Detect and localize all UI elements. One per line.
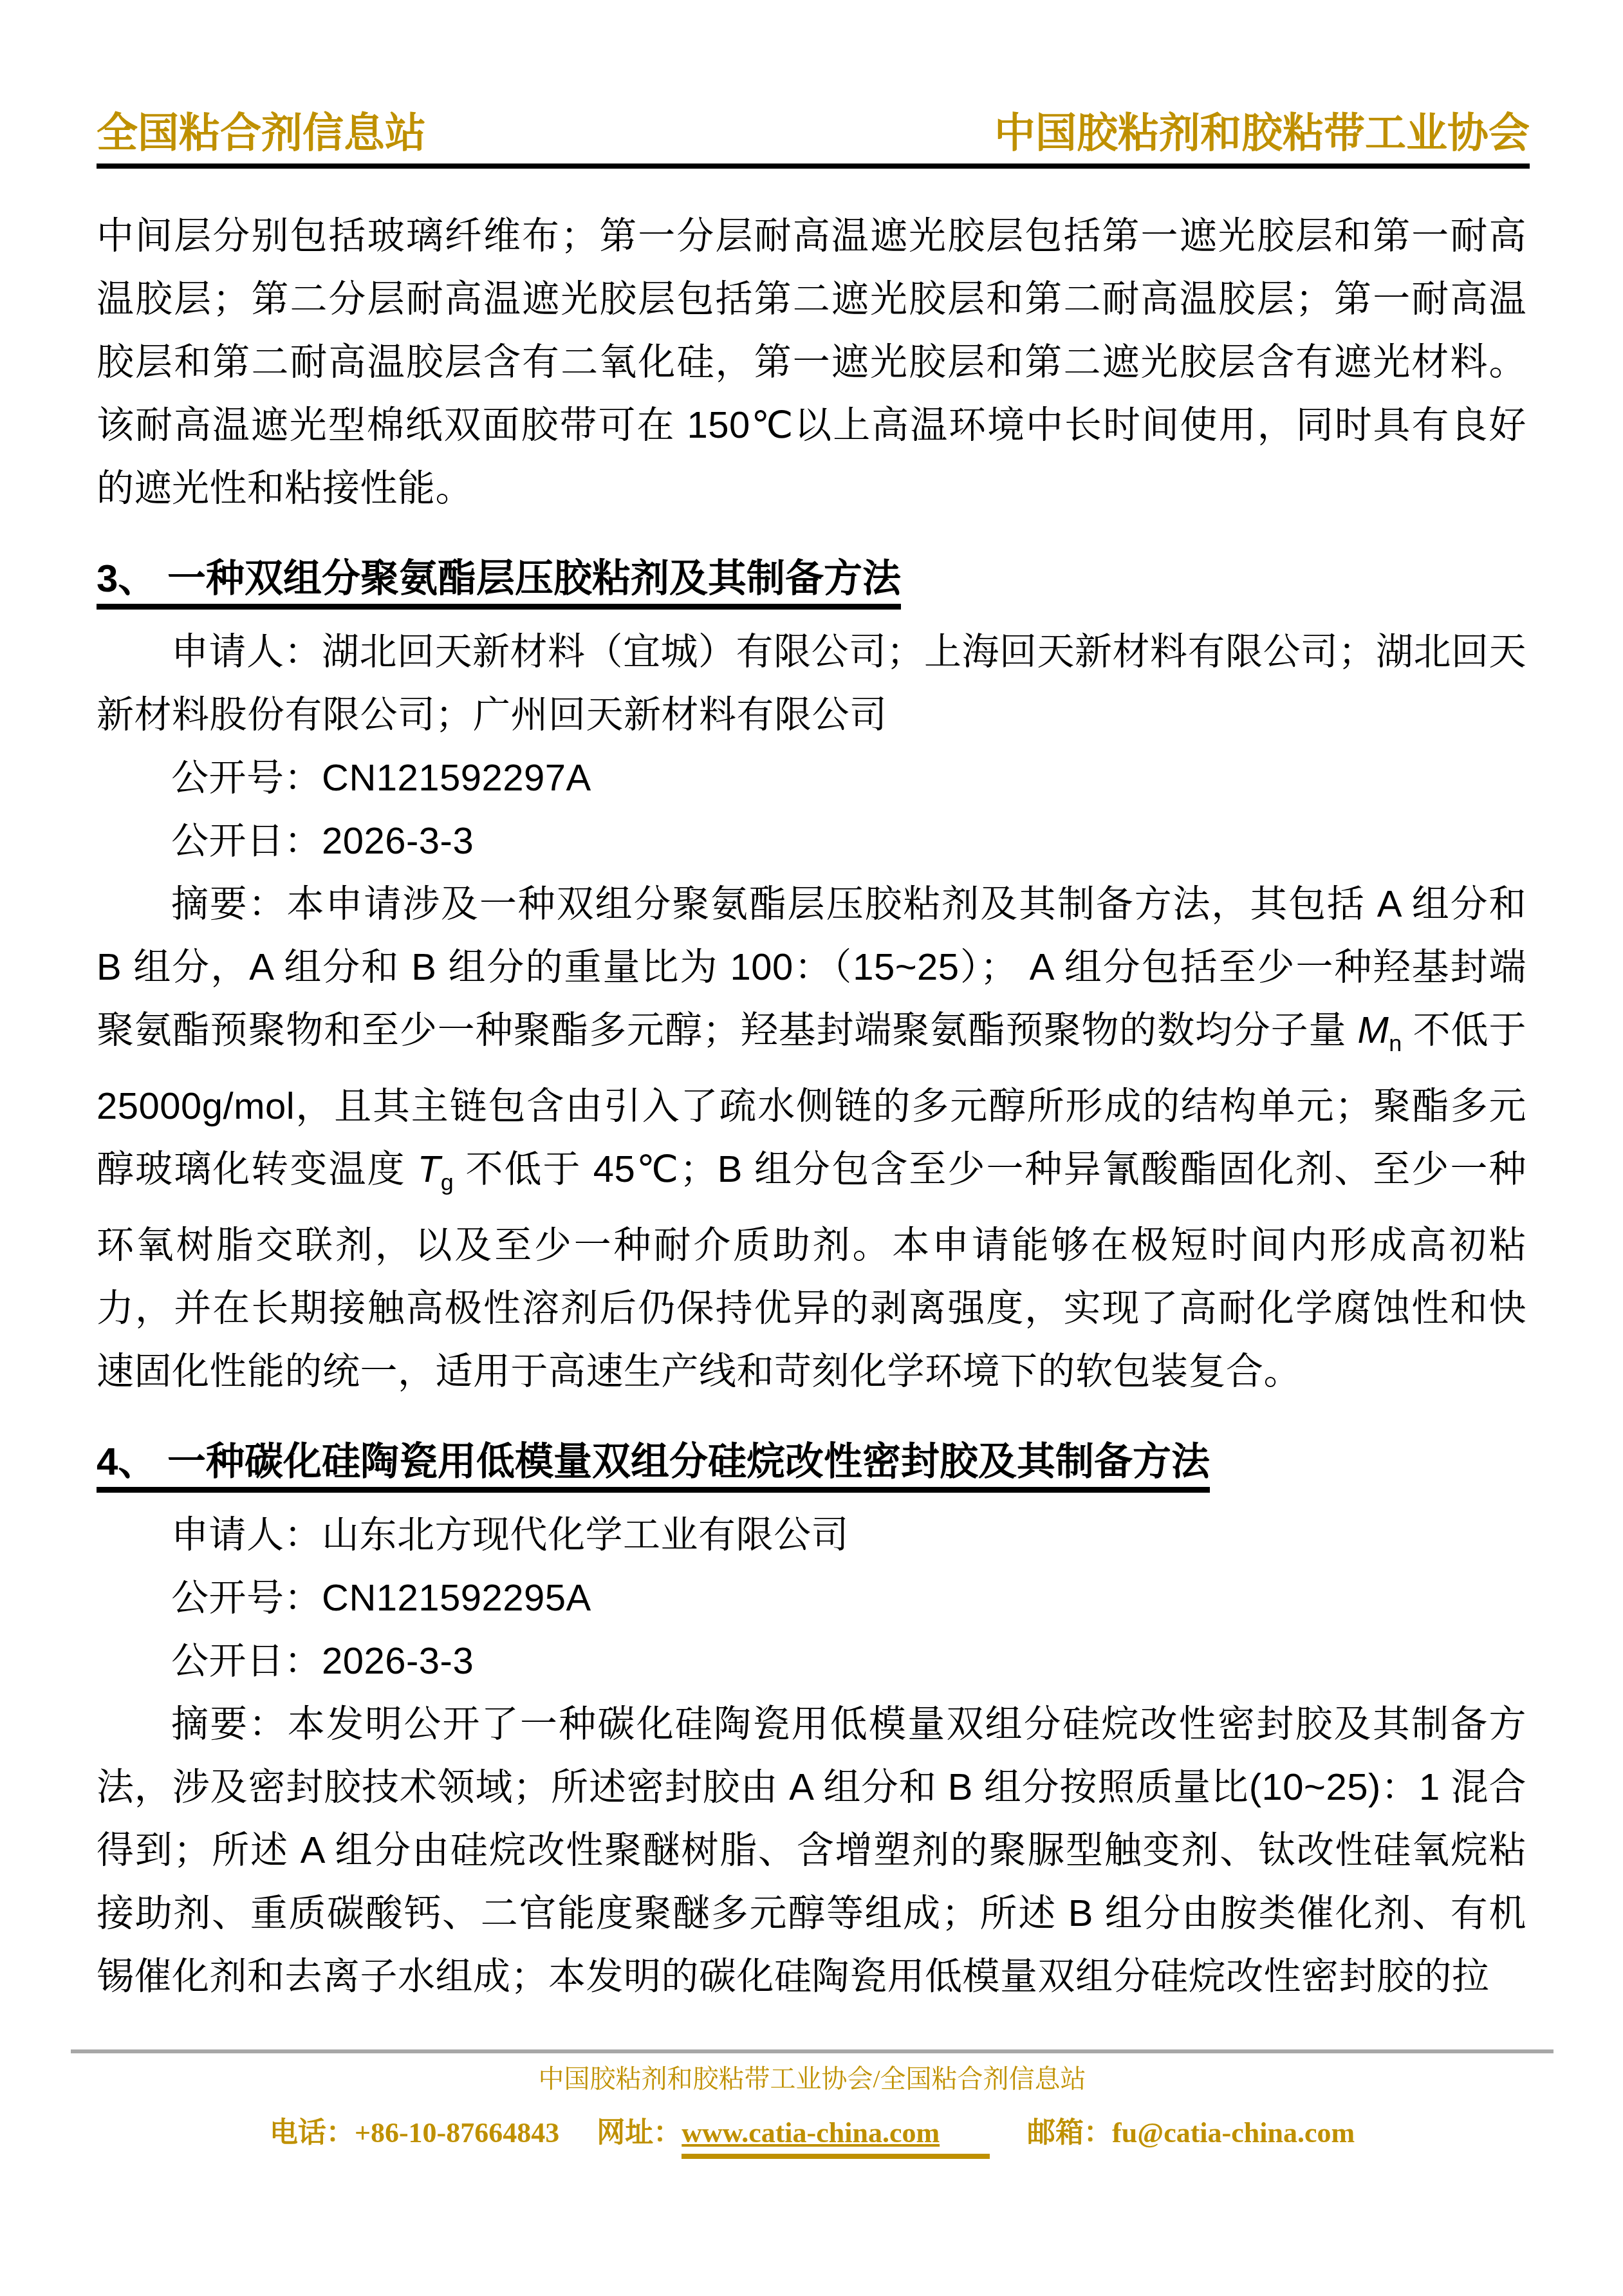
section-3-publication-date: 公开日：2026-3-3	[97, 810, 1526, 873]
section-3-heading: 3、 一种双组分聚氨酯层压胶粘剂及其制备方法	[97, 547, 1526, 610]
section-4-publication-no: 公开号：CN121592295A	[97, 1567, 1526, 1630]
email-segment: 邮箱：fu@catia-china.com	[1027, 2117, 1355, 2149]
website-link[interactable]: www.catia-china.com	[682, 2117, 940, 2149]
section-4-abstract: 摘要：本发明公开了一种碳化硅陶瓷用低模量双组分硅烷改性密封胶及其制备方法，涉及密…	[97, 1693, 1526, 2008]
email-address: fu@catia-china.com	[1112, 2117, 1355, 2149]
document-body: 中间层分别包括玻璃纤维布；第一分层耐高温遮光胶层包括第一遮光胶层和第一耐高温胶层…	[97, 205, 1526, 2008]
header-right-title: 中国胶粘剂和胶粘带工业协会	[994, 111, 1530, 156]
phone-segment: 电话：+86-10-87664843	[270, 2117, 559, 2149]
page-header: 全国粘合剂信息站 中国胶粘剂和胶粘带工业协会	[97, 0, 1530, 169]
footer-org-line: 中国胶粘剂和胶粘带工业协会/全国粘合剂信息站	[71, 2064, 1553, 2095]
section-3-heading-text: 3、 一种双组分聚氨酯层压胶粘剂及其制备方法	[97, 557, 901, 610]
phone-number: +86-10-87664843	[355, 2117, 559, 2149]
footer-contact-line: 电话：+86-10-87664843网址：www.catia-china.com…	[71, 2116, 1553, 2159]
web-segment: 网址：www.catia-china.com	[597, 2117, 990, 2149]
web-label: 网址：	[597, 2117, 682, 2149]
intro-paragraph: 中间层分别包括玻璃纤维布；第一分层耐高温遮光胶层包括第一遮光胶层和第一耐高温胶层…	[97, 205, 1526, 520]
section-4-heading: 4、 一种碳化硅陶瓷用低模量双组分硅烷改性密封胶及其制备方法	[97, 1430, 1526, 1493]
email-label: 邮箱：	[1027, 2117, 1112, 2149]
section-3-publication-no: 公开号：CN121592297A	[97, 747, 1526, 810]
section-3-abstract: 摘要：本申请涉及一种双组分聚氨酯层压胶粘剂及其制备方法，其包括 A 组分和 B …	[97, 873, 1526, 1403]
section-3-applicant: 申请人：湖北回天新材料（宜城）有限公司；上海回天新材料有限公司；湖北回天新材料股…	[97, 621, 1526, 747]
page-footer: 中国胶粘剂和胶粘带工业协会/全国粘合剂信息站 电话：+86-10-8766484…	[71, 2049, 1553, 2159]
section-4-publication-date: 公开日：2026-3-3	[97, 1630, 1526, 1693]
phone-label: 电话：	[270, 2117, 355, 2149]
website-underline: www.catia-china.com	[682, 2116, 990, 2159]
document-page: 全国粘合剂信息站 中国胶粘剂和胶粘带工业协会 中间层分别包括玻璃纤维布；第一分层…	[0, 0, 1623, 2296]
section-4-heading-text: 4、 一种碳化硅陶瓷用低模量双组分硅烷改性密封胶及其制备方法	[97, 1440, 1210, 1493]
section-4-applicant: 申请人：山东北方现代化学工业有限公司	[97, 1504, 1526, 1567]
header-left-title: 全国粘合剂信息站	[97, 111, 426, 156]
